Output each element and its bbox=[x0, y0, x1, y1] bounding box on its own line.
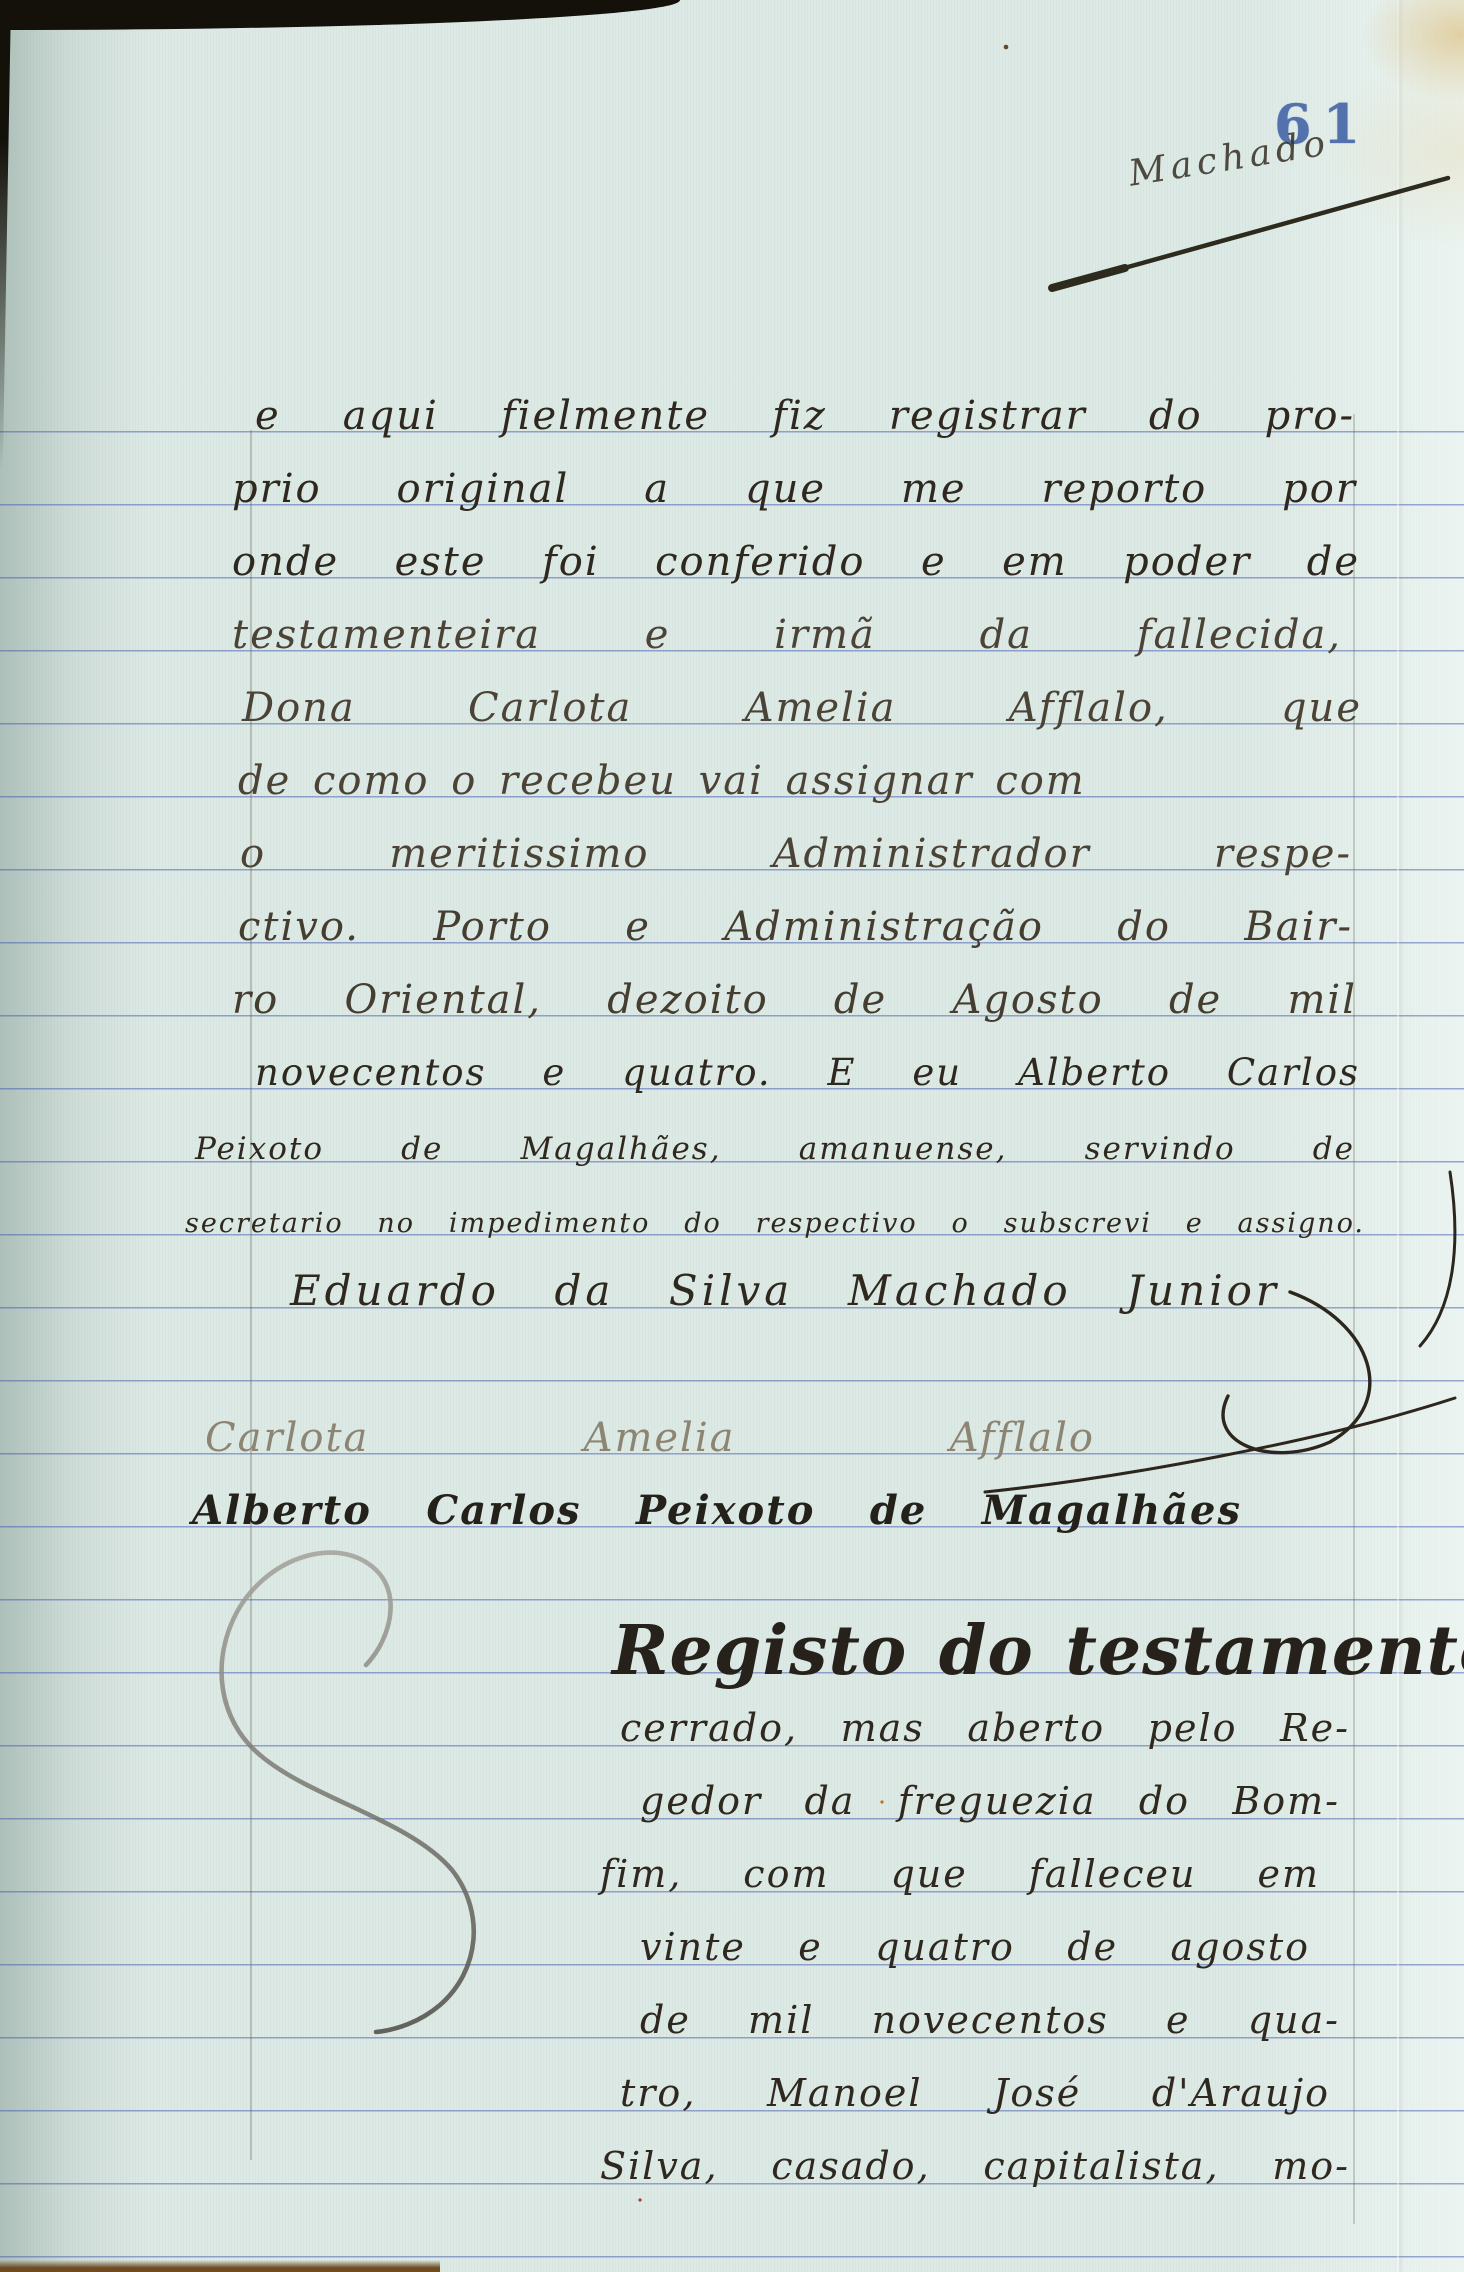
manuscript-line: Dona Carlota Amelia Afflalo, que bbox=[242, 685, 1362, 731]
manuscript-line: ctivo. Porto e Administração do Bair- bbox=[238, 904, 1353, 950]
official-signature: Eduardo da Silva Machado Junior bbox=[290, 1267, 1280, 1315]
record-line: gedor da freguezia do Bom- bbox=[640, 1780, 1340, 1824]
manuscript-line: secretario no impedimento do respectivo … bbox=[185, 1208, 1365, 1239]
scan-edge-bottom bbox=[0, 2260, 440, 2272]
party-signature: Alberto Carlos Peixoto de Magalhães bbox=[192, 1488, 1242, 1534]
manuscript-line: ro Oriental, dezoito de Agosto de mil bbox=[232, 977, 1357, 1023]
manuscript-line: Peixoto de Magalhães, amanuense, servind… bbox=[195, 1132, 1355, 1168]
manuscript-line: o meritissimo Administrador respe- bbox=[240, 831, 1352, 877]
record-line: vinte e quatro de agosto bbox=[640, 1926, 1310, 1970]
manuscript-line: novecentos e quatro. E eu Alberto Carlos bbox=[255, 1052, 1360, 1095]
manuscript-line: testamenteira e irmã da fallecida, bbox=[232, 612, 1342, 658]
manuscript-line: e aqui fielmente fiz registrar do pro- bbox=[255, 393, 1355, 439]
party-signature: Carlota Amelia Afflalo bbox=[205, 1415, 1095, 1461]
manuscript-line: prio original a que me reporto por bbox=[232, 466, 1357, 512]
manuscript-line: de como o recebeu vai assignar com bbox=[238, 758, 1063, 804]
record-line: tro, Manoel José d'Araujo bbox=[620, 2072, 1330, 2116]
record-line: Silva, casado, capitalista, mo- bbox=[600, 2145, 1350, 2189]
record-line: de mil novecentos e qua- bbox=[640, 1999, 1340, 2043]
record-line: fim, com que falleceu em bbox=[600, 1853, 1320, 1897]
record-line: cerrado, mas aberto pelo Re- bbox=[620, 1707, 1350, 1751]
manuscript-line: onde este foi conferido e em poder de bbox=[232, 539, 1360, 585]
scanned-register-page: 61 Machado e aqui fielmente fiz registra… bbox=[0, 0, 1464, 2272]
record-heading: Registo do testamento bbox=[612, 1612, 1350, 1690]
